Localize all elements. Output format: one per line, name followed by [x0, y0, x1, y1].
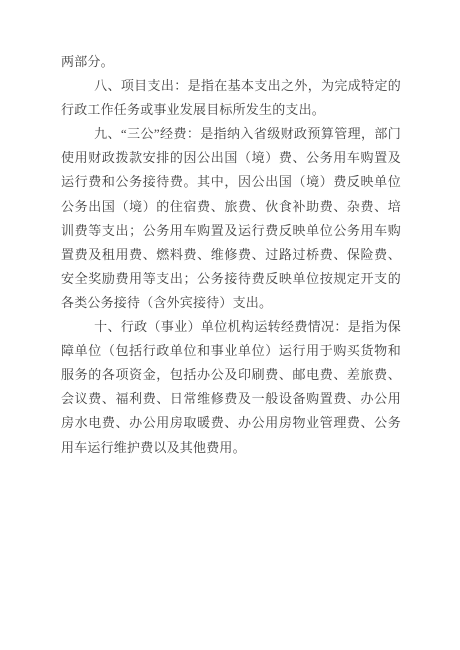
paragraph-item-8: 八、项目支出：是指在基本支出之外，为完成特定的行政工作任务或事业发展目标所发生的… [61, 74, 401, 122]
paragraph-item-10: 十、行政（事业）单位机构运转经费情况：是指为保障单位（包括行政单位和事业单位）运… [61, 315, 401, 460]
paragraph-continuation: 两部分。 [61, 50, 401, 74]
paragraph-item-9: 九、“三公”经费：是指纳入省级财政预算管理，部门使用财政拨款安排的因公出国（境）… [61, 122, 401, 315]
document-page: 两部分。 八、项目支出：是指在基本支出之外，为完成特定的行政工作任务或事业发展目… [61, 50, 401, 460]
